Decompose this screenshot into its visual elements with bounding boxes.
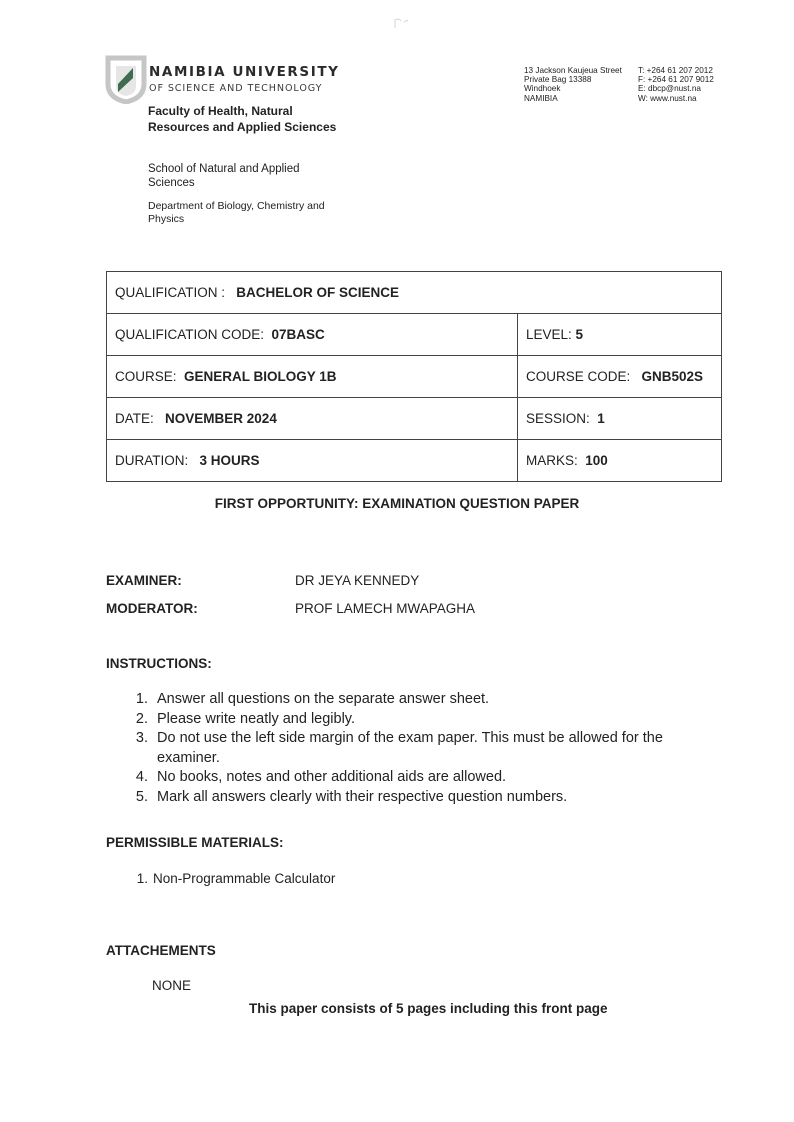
paper-title: FIRST OPPORTUNITY: EXAMINATION QUESTION … [0,496,794,511]
level-value: 5 [576,327,584,342]
table-row: DATE: NOVEMBER 2024 SESSION: 1 [107,398,722,440]
item-number: 3. [120,729,157,768]
date-cell: DATE: NOVEMBER 2024 [107,398,518,440]
qualification-code-cell: QUALIFICATION CODE: 07BASC [107,314,518,356]
item-text: Non-Programmable Calculator [153,871,335,886]
item-text: No books, notes and other additional aid… [157,768,720,788]
university-name: NAMIBIA UNIVERSITY [149,64,340,80]
moderator-label: MODERATOR: [106,601,198,616]
item-text: Mark all answers clearly with their resp… [157,788,720,808]
list-item: 1. Non-Programmable Calculator [120,871,335,886]
instructions-list: 1.Answer all questions on the separate a… [120,690,720,807]
item-number: 5. [120,788,157,808]
permissible-materials-heading: PERMISSIBLE MATERIALS: [106,835,284,850]
date-label: DATE: [115,411,154,426]
course-cell: COURSE: GENERAL BIOLOGY 1B [107,356,518,398]
item-text: Answer all questions on the separate ans… [157,690,720,710]
postal-address: 13 Jackson Kaujeua Street Private Bag 13… [524,66,622,103]
address-line: NAMIBIA [524,94,622,103]
university-logo-icon [104,54,148,104]
duration-cell: DURATION: 3 HOURS [107,440,518,482]
level-cell: LEVEL: 5 [518,314,722,356]
course-code-label: COURSE CODE: [526,369,630,384]
qualification-cell: QUALIFICATION : BACHELOR OF SCIENCE [107,272,722,314]
phone: T: +264 61 207 2012 [638,66,714,75]
duration-value: 3 HOURS [200,453,260,468]
faculty-name: Faculty of Health, Natural Resources and… [148,104,338,135]
session-value: 1 [597,411,605,426]
scan-mark [392,16,410,30]
list-item: 4.No books, notes and other additional a… [120,768,720,788]
examiner-name: DR JEYA KENNEDY [295,573,419,588]
course-value: GENERAL BIOLOGY 1B [184,369,337,384]
fax: F: +264 61 207 9012 [638,75,714,84]
address-line: 13 Jackson Kaujeua Street [524,66,622,75]
list-item: 3.Do not use the left side margin of the… [120,729,720,768]
list-item: 1.Answer all questions on the separate a… [120,690,720,710]
qualification-code-label: QUALIFICATION CODE: [115,327,264,342]
moderator-name: PROF LAMECH MWAPAGHA [295,601,475,616]
qualification-code-value: 07BASC [272,327,325,342]
duration-label: DURATION: [115,453,188,468]
department-name: Department of Biology, Chemistry and Phy… [148,200,338,226]
instructions-heading: INSTRUCTIONS: [106,656,212,671]
item-text: Please write neatly and legibly. [157,710,720,730]
exam-info-table: QUALIFICATION : BACHELOR OF SCIENCE QUAL… [106,271,722,482]
university-subtitle: OF SCIENCE AND TECHNOLOGY [149,83,322,94]
examiner-label: EXAMINER: [106,573,182,588]
website: W: www.nust.na [638,94,714,103]
table-row: QUALIFICATION CODE: 07BASC LEVEL: 5 [107,314,722,356]
address-line: Windhoek [524,84,622,93]
attachments-value: NONE [152,978,191,993]
qualification-value: BACHELOR OF SCIENCE [236,285,399,300]
course-label: COURSE: [115,369,177,384]
date-value: NOVEMBER 2024 [165,411,277,426]
marks-cell: MARKS: 100 [518,440,722,482]
item-number: 2. [120,710,157,730]
email: E: dbcp@nust.na [638,84,714,93]
marks-label: MARKS: [526,453,578,468]
qualification-label: QUALIFICATION : [115,285,225,300]
level-label: LEVEL: [526,327,572,342]
list-item: 5.Mark all answers clearly with their re… [120,788,720,808]
course-code-value: GNB502S [642,369,704,384]
table-row: DURATION: 3 HOURS MARKS: 100 [107,440,722,482]
session-label: SESSION: [526,411,590,426]
course-code-cell: COURSE CODE: GNB502S [518,356,722,398]
attachments-heading: ATTACHEMENTS [106,943,216,958]
session-cell: SESSION: 1 [518,398,722,440]
list-item: 2.Please write neatly and legibly. [120,710,720,730]
page-count-note: This paper consists of 5 pages including… [249,1001,608,1016]
school-name: School of Natural and Applied Sciences [148,162,338,190]
item-number: 1. [120,871,153,886]
item-number: 1. [120,690,157,710]
table-row: QUALIFICATION : BACHELOR OF SCIENCE [107,272,722,314]
contact-details: T: +264 61 207 2012 F: +264 61 207 9012 … [638,66,714,103]
marks-value: 100 [585,453,608,468]
table-row: COURSE: GENERAL BIOLOGY 1B COURSE CODE: … [107,356,722,398]
item-number: 4. [120,768,157,788]
item-text: Do not use the left side margin of the e… [157,729,720,768]
address-line: Private Bag 13388 [524,75,622,84]
